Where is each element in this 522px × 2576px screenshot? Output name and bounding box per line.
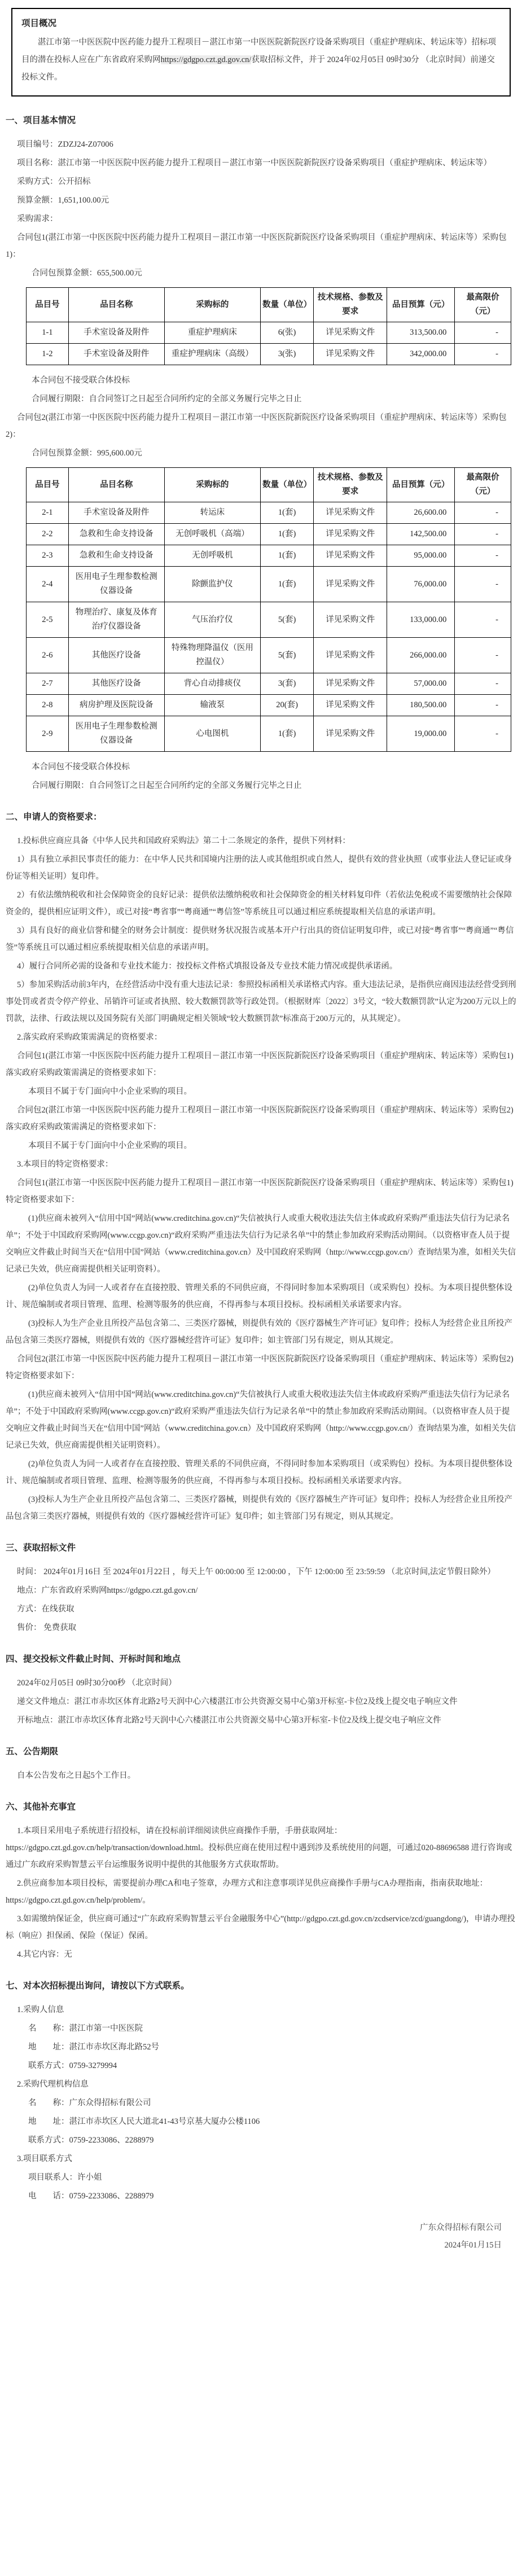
cell: 重症护理病床 xyxy=(164,322,260,344)
table-row: 2-1手术室设备及附件转运床1(套)详见采购文件26,600.00- xyxy=(27,502,511,524)
paragraph: 1.采购人信息 xyxy=(6,2001,516,2018)
cell: 详见采购文件 xyxy=(314,567,387,602)
table-header-row: 品目号品目名称采购标的数量（单位）技术规格、参数及要求品目预算（元）最高限价（元… xyxy=(27,288,511,322)
paragraph: 合同包2(湛江市第一中医医院中医药能力提升工程项目－湛江市第一中医医院新院医疗设… xyxy=(6,1102,516,1136)
table-row: 2-2急救和生命支持设备无创呼吸机（高端）1(套)详见采购文件142,500.0… xyxy=(27,524,511,545)
column-header: 品目预算（元） xyxy=(387,288,455,322)
cell: 输液泵 xyxy=(164,695,260,716)
paragraph: 4）履行合同所必需的设备和专业技术能力：按投标文件格式填报设备及专业技术能力情况… xyxy=(6,958,516,975)
cell: 详见采购文件 xyxy=(314,602,387,638)
cell: 6(张) xyxy=(260,322,313,344)
paragraph: 地 址：湛江市赤坎区海北路52号 xyxy=(6,2039,516,2056)
table-row: 2-4医用电子生理参数检测仪器设备除颤监护仪1(套)详见采购文件76,000.0… xyxy=(27,567,511,602)
paragraph: 3）具有良好的商业信誉和健全的财务会计制度：提供财务状况报告或基本开户行出具的资… xyxy=(6,922,516,956)
paragraph: (2)单位负责人为同一人或者存在直接控股、管理关系的不同供应商，不得同时参加本采… xyxy=(6,1456,516,1489)
paragraph: 采购方式：公开招标 xyxy=(6,173,516,190)
column-header: 采购标的 xyxy=(164,468,260,502)
cell: 2-9 xyxy=(27,716,69,752)
section-heading-5: 五、公告期限 xyxy=(6,1743,516,1760)
cell: 313,500.00 xyxy=(387,322,455,344)
paragraph: 预算金额：1,651,100.00元 xyxy=(6,192,516,209)
paragraph: 项目名称：湛江市第一中医医院中医药能力提升工程项目－湛江市第一中医医院新院医疗设… xyxy=(6,155,516,172)
table-row: 2-7其他医疗设备背心自动排痰仪3(套)详见采购文件57,000.00- xyxy=(27,673,511,695)
cell: 气压治疗仪 xyxy=(164,602,260,638)
paragraph: 售价： 免费获取 xyxy=(6,1619,516,1636)
cell: 3(套) xyxy=(260,673,313,695)
cell: 心电图机 xyxy=(164,716,260,752)
cell: 手术室设备及附件 xyxy=(68,502,164,524)
cell: - xyxy=(455,322,511,344)
cell: 无创呼吸机 xyxy=(164,545,260,567)
cell: 266,000.00 xyxy=(387,638,455,673)
cell: 1(套) xyxy=(260,567,313,602)
sections-container: 一、项目基本情况项目编号：ZDZJ24-Z07006项目名称：湛江市第一中医医院… xyxy=(6,112,516,2205)
cell: 除颤监护仪 xyxy=(164,567,260,602)
cell: 详见采购文件 xyxy=(314,695,387,716)
paragraph: (3)投标人为生产企业且所投产品包含第二、三类医疗器械，则提供有效的《医疗器械生… xyxy=(6,1315,516,1349)
table-row: 1-2手术室设备及附件重症护理病床（高级）3(张)详见采购文件342,000.0… xyxy=(27,344,511,365)
cell: 57,000.00 xyxy=(387,673,455,695)
cell: 2-1 xyxy=(27,502,69,524)
cell: 转运床 xyxy=(164,502,260,524)
cell: 详见采购文件 xyxy=(314,524,387,545)
column-header: 采购标的 xyxy=(164,288,260,322)
paragraph: 递交文件地点：湛江市赤坎区体育北路2号天润中心六楼湛江市公共资源交易中心第3开标… xyxy=(6,1693,516,1710)
cell: 76,000.00 xyxy=(387,567,455,602)
cell: 手术室设备及附件 xyxy=(68,344,164,365)
column-header: 技术规格、参数及要求 xyxy=(314,288,387,322)
column-header: 品目号 xyxy=(27,288,69,322)
cell: 详见采购文件 xyxy=(314,716,387,752)
cell: 详见采购文件 xyxy=(314,545,387,567)
table-row: 1-1手术室设备及附件重症护理病床6(张)详见采购文件313,500.00- xyxy=(27,322,511,344)
cell: 5(套) xyxy=(260,602,313,638)
cell: 1-1 xyxy=(27,322,69,344)
cell: 无创呼吸机（高端） xyxy=(164,524,260,545)
paragraph: 电 话：0759-2233086、2288979 xyxy=(6,2188,516,2205)
paragraph: 时间： 2024年01月16日 至 2024年01月22日 ，每天上午 00:0… xyxy=(6,1563,516,1580)
paragraph: 2.采购代理机构信息 xyxy=(6,2076,516,2093)
cell: 背心自动排痰仪 xyxy=(164,673,260,695)
cell: 急救和生命支持设备 xyxy=(68,524,164,545)
items-table-table1: 品目号品目名称采购标的数量（单位）技术规格、参数及要求品目预算（元）最高限价（元… xyxy=(26,287,511,365)
column-header: 技术规格、参数及要求 xyxy=(314,468,387,502)
cell: 26,600.00 xyxy=(387,502,455,524)
cell: 其他医疗设备 xyxy=(68,673,164,695)
procurement-site-link[interactable]: https://gdgpo.czt.gd.gov.cn/ xyxy=(161,55,252,64)
paragraph: 3.如需缴纳保证金，供应商可通过“广东政府采购智慧云平台金融服务中心”(http… xyxy=(6,1911,516,1944)
cell: - xyxy=(455,695,511,716)
document-footer: 广东众得招标有限公司 2024年01月15日 xyxy=(6,2219,516,2254)
cell: 20(套) xyxy=(260,695,313,716)
paragraph: 开标地点：湛江市赤坎区体育北路2号天润中心六楼湛江市公共资源交易中心第3开标室-… xyxy=(6,1712,516,1729)
paragraph: 1）具有独立承担民事责任的能力：在中华人民共和国境内注册的法人或其他组织或自然人… xyxy=(6,851,516,885)
paragraph: 1.投标供应商应具备《中华人民共和国政府采购法》第二十二条规定的条件，提供下列材… xyxy=(6,833,516,849)
cell: 2-4 xyxy=(27,567,69,602)
paragraph: 本项目不属于专门面向中小企业采购的项目。 xyxy=(6,1137,516,1154)
paragraph: 2.落实政府采购政策需满足的资格要求： xyxy=(6,1029,516,1046)
section-heading-6: 六、其他补充事宜 xyxy=(6,1799,516,1816)
paragraph: 合同包2(湛江市第一中医医院中医药能力提升工程项目－湛江市第一中医医院新院医疗设… xyxy=(6,409,516,443)
project-overview-box: 项目概况 湛江市第一中医医院中医药能力提升工程项目－湛江市第一中医医院新院医疗设… xyxy=(11,8,511,97)
agency-signature: 广东众得招标有限公司 xyxy=(6,2219,502,2237)
paragraph: 合同包预算金额：655,500.00元 xyxy=(6,265,516,282)
paragraph: (1)供应商未被列入“信用中国”网站(www.creditchina.gov.c… xyxy=(6,1386,516,1454)
cell: - xyxy=(455,502,511,524)
paragraph: 地 址：湛江市赤坎区人民大道北41-43号京基大厦办公楼1106 xyxy=(6,2113,516,2130)
paragraph: 1.本项目采用电子系统进行招投标，请在投标前详细阅读供应商操作手册，手册获取网址… xyxy=(6,1823,516,1873)
cell: 物理治疗、康复及体育治疗仪器设备 xyxy=(68,602,164,638)
paragraph: 方式：在线获取 xyxy=(6,1601,516,1618)
column-header: 最高限价（元） xyxy=(455,468,511,502)
paragraph: 地点：广东省政府采购网https://gdgpo.czt.gd.gov.cn/ xyxy=(6,1582,516,1599)
cell: 133,000.00 xyxy=(387,602,455,638)
paragraph: 合同包1(湛江市第一中医医院中医药能力提升工程项目－湛江市第一中医医院新院医疗设… xyxy=(6,1048,516,1081)
paragraph: 自本公告发布之日起5个工作日。 xyxy=(6,1767,516,1784)
cell: - xyxy=(455,602,511,638)
paragraph: 联系方式：0759-3279994 xyxy=(6,2057,516,2074)
paragraph: 本合同包不接受联合体投标 xyxy=(6,372,516,389)
paragraph: 名 称：湛江市第一中医医院 xyxy=(6,2020,516,2037)
cell: 手术室设备及附件 xyxy=(68,322,164,344)
cell: 详见采购文件 xyxy=(314,638,387,673)
cell: 1-2 xyxy=(27,344,69,365)
table-header-row: 品目号品目名称采购标的数量（单位）技术规格、参数及要求品目预算（元）最高限价（元… xyxy=(27,468,511,502)
section-heading-2: 二、申请人的资格要求： xyxy=(6,809,516,826)
paragraph: 合同包1(湛江市第一中医医院中医药能力提升工程项目－湛江市第一中医医院新院医疗设… xyxy=(6,1175,516,1208)
cell: 2-7 xyxy=(27,673,69,695)
cell: 19,000.00 xyxy=(387,716,455,752)
cell: 1(套) xyxy=(260,524,313,545)
cell: 2-3 xyxy=(27,545,69,567)
column-header: 数量（单位） xyxy=(260,468,313,502)
cell: 详见采购文件 xyxy=(314,322,387,344)
column-header: 品目名称 xyxy=(68,468,164,502)
overview-title: 项目概况 xyxy=(21,14,501,34)
publish-date: 2024年01月15日 xyxy=(6,2237,502,2254)
paragraph: 5）参加采购活动前3年内，在经营活动中没有重大违法记录：参照投标函相关承诺格式内… xyxy=(6,976,516,1027)
cell: 2-5 xyxy=(27,602,69,638)
table-row: 2-3急救和生命支持设备无创呼吸机1(套)详见采购文件95,000.00- xyxy=(27,545,511,567)
cell: 180,500.00 xyxy=(387,695,455,716)
paragraph: 采购需求： xyxy=(6,211,516,227)
column-header: 品目预算（元） xyxy=(387,468,455,502)
column-header: 品目号 xyxy=(27,468,69,502)
paragraph: 本项目不属于专门面向中小企业采购的项目。 xyxy=(6,1083,516,1100)
paragraph: 2）有依法缴纳税收和社会保障资金的良好记录：提供依法缴纳税收和社会保障资金的相关… xyxy=(6,887,516,921)
cell: 医用电子生理参数检测仪器设备 xyxy=(68,716,164,752)
items-table-table2: 品目号品目名称采购标的数量（单位）技术规格、参数及要求品目预算（元）最高限价（元… xyxy=(26,467,511,752)
cell: 详见采购文件 xyxy=(314,344,387,365)
paragraph: 本合同包不接受联合体投标 xyxy=(6,759,516,776)
table-row: 2-5物理治疗、康复及体育治疗仪器设备气压治疗仪5(套)详见采购文件133,00… xyxy=(27,602,511,638)
paragraph: 3.项目联系方式 xyxy=(6,2150,516,2167)
paragraph: 3.本项目的特定资格要求： xyxy=(6,1156,516,1173)
paragraph: (1)供应商未被列入“信用中国”网站(www.creditchina.gov.c… xyxy=(6,1210,516,1278)
cell: 342,000.00 xyxy=(387,344,455,365)
cell: - xyxy=(455,567,511,602)
paragraph: 项目编号：ZDZJ24-Z07006 xyxy=(6,136,516,153)
cell: 重症护理病床（高级） xyxy=(164,344,260,365)
cell: - xyxy=(455,638,511,673)
cell: 1(套) xyxy=(260,502,313,524)
cell: 急救和生命支持设备 xyxy=(68,545,164,567)
paragraph: 名 称：广东众得招标有限公司 xyxy=(6,2095,516,2111)
table-row: 2-8病房护理及医院设备输液泵20(套)详见采购文件180,500.00- xyxy=(27,695,511,716)
overview-paragraph: 湛江市第一中医医院中医药能力提升工程项目－湛江市第一中医医院新院医疗设备采购项目… xyxy=(21,34,501,86)
cell: 2-2 xyxy=(27,524,69,545)
column-header: 品目名称 xyxy=(68,288,164,322)
table-row: 2-9医用电子生理参数检测仪器设备心电图机1(套)详见采购文件19,000.00… xyxy=(27,716,511,752)
tender-announcement-document: 项目概况 湛江市第一中医医院中医药能力提升工程项目－湛江市第一中医医院新院医疗设… xyxy=(6,8,516,2254)
section-heading-3: 三、获取招标文件 xyxy=(6,1540,516,1557)
paragraph: (3)投标人为生产企业且所投产品包含第二、三类医疗器械，则提供有效的《医疗器械生… xyxy=(6,1491,516,1525)
column-header: 最高限价（元） xyxy=(455,288,511,322)
cell: 95,000.00 xyxy=(387,545,455,567)
paragraph: 2.供应商参加本项目投标，需要提前办理CA和电子签章，办理方式和注意事项详见供应… xyxy=(6,1875,516,1909)
cell: 其他医疗设备 xyxy=(68,638,164,673)
cell: - xyxy=(455,673,511,695)
paragraph: 合同包预算金额：995,600.00元 xyxy=(6,445,516,462)
cell: - xyxy=(455,545,511,567)
cell: - xyxy=(455,524,511,545)
cell: 2-6 xyxy=(27,638,69,673)
paragraph: 4.其它内容：无 xyxy=(6,1946,516,1963)
paragraph: 2024年02月05日 09时30分00秒 （北京时间） xyxy=(6,1675,516,1692)
cell: - xyxy=(455,716,511,752)
cell: - xyxy=(455,344,511,365)
section-heading-1: 一、项目基本情况 xyxy=(6,112,516,129)
paragraph: 合同包1(湛江市第一中医医院中医药能力提升工程项目－湛江市第一中医医院新院医疗设… xyxy=(6,229,516,263)
cell: 详见采购文件 xyxy=(314,673,387,695)
paragraph: 项目联系人：许小姐 xyxy=(6,2169,516,2186)
cell: 医用电子生理参数检测仪器设备 xyxy=(68,567,164,602)
cell: 1(套) xyxy=(260,716,313,752)
table-row: 2-6其他医疗设备特殊物理降温仪（医用控温仪）5(套)详见采购文件266,000… xyxy=(27,638,511,673)
cell: 3(张) xyxy=(260,344,313,365)
cell: 1(套) xyxy=(260,545,313,567)
paragraph: (2)单位负责人为同一人或者存在直接控股、管理关系的不同供应商，不得同时参加本采… xyxy=(6,1280,516,1313)
paragraph: 合同履行期限：自合同签订之日起至合同所约定的全部义务履行完毕之日止 xyxy=(6,777,516,794)
cell: 2-8 xyxy=(27,695,69,716)
cell: 详见采购文件 xyxy=(314,502,387,524)
cell: 142,500.00 xyxy=(387,524,455,545)
paragraph: 合同包2(湛江市第一中医医院中医药能力提升工程项目－湛江市第一中医医院新院医疗设… xyxy=(6,1351,516,1385)
column-header: 数量（单位） xyxy=(260,288,313,322)
paragraph: 合同履行期限：自合同签订之日起至合同所约定的全部义务履行完毕之日止 xyxy=(6,391,516,408)
cell: 病房护理及医院设备 xyxy=(68,695,164,716)
section-heading-7: 七、对本次招标提出询问，请按以下方式联系。 xyxy=(6,1978,516,1995)
paragraph: 联系方式：0759-2233086、2288979 xyxy=(6,2132,516,2149)
cell: 特殊物理降温仪（医用控温仪） xyxy=(164,638,260,673)
cell: 5(套) xyxy=(260,638,313,673)
section-heading-4: 四、提交投标文件截止时间、开标时间和地点 xyxy=(6,1651,516,1668)
